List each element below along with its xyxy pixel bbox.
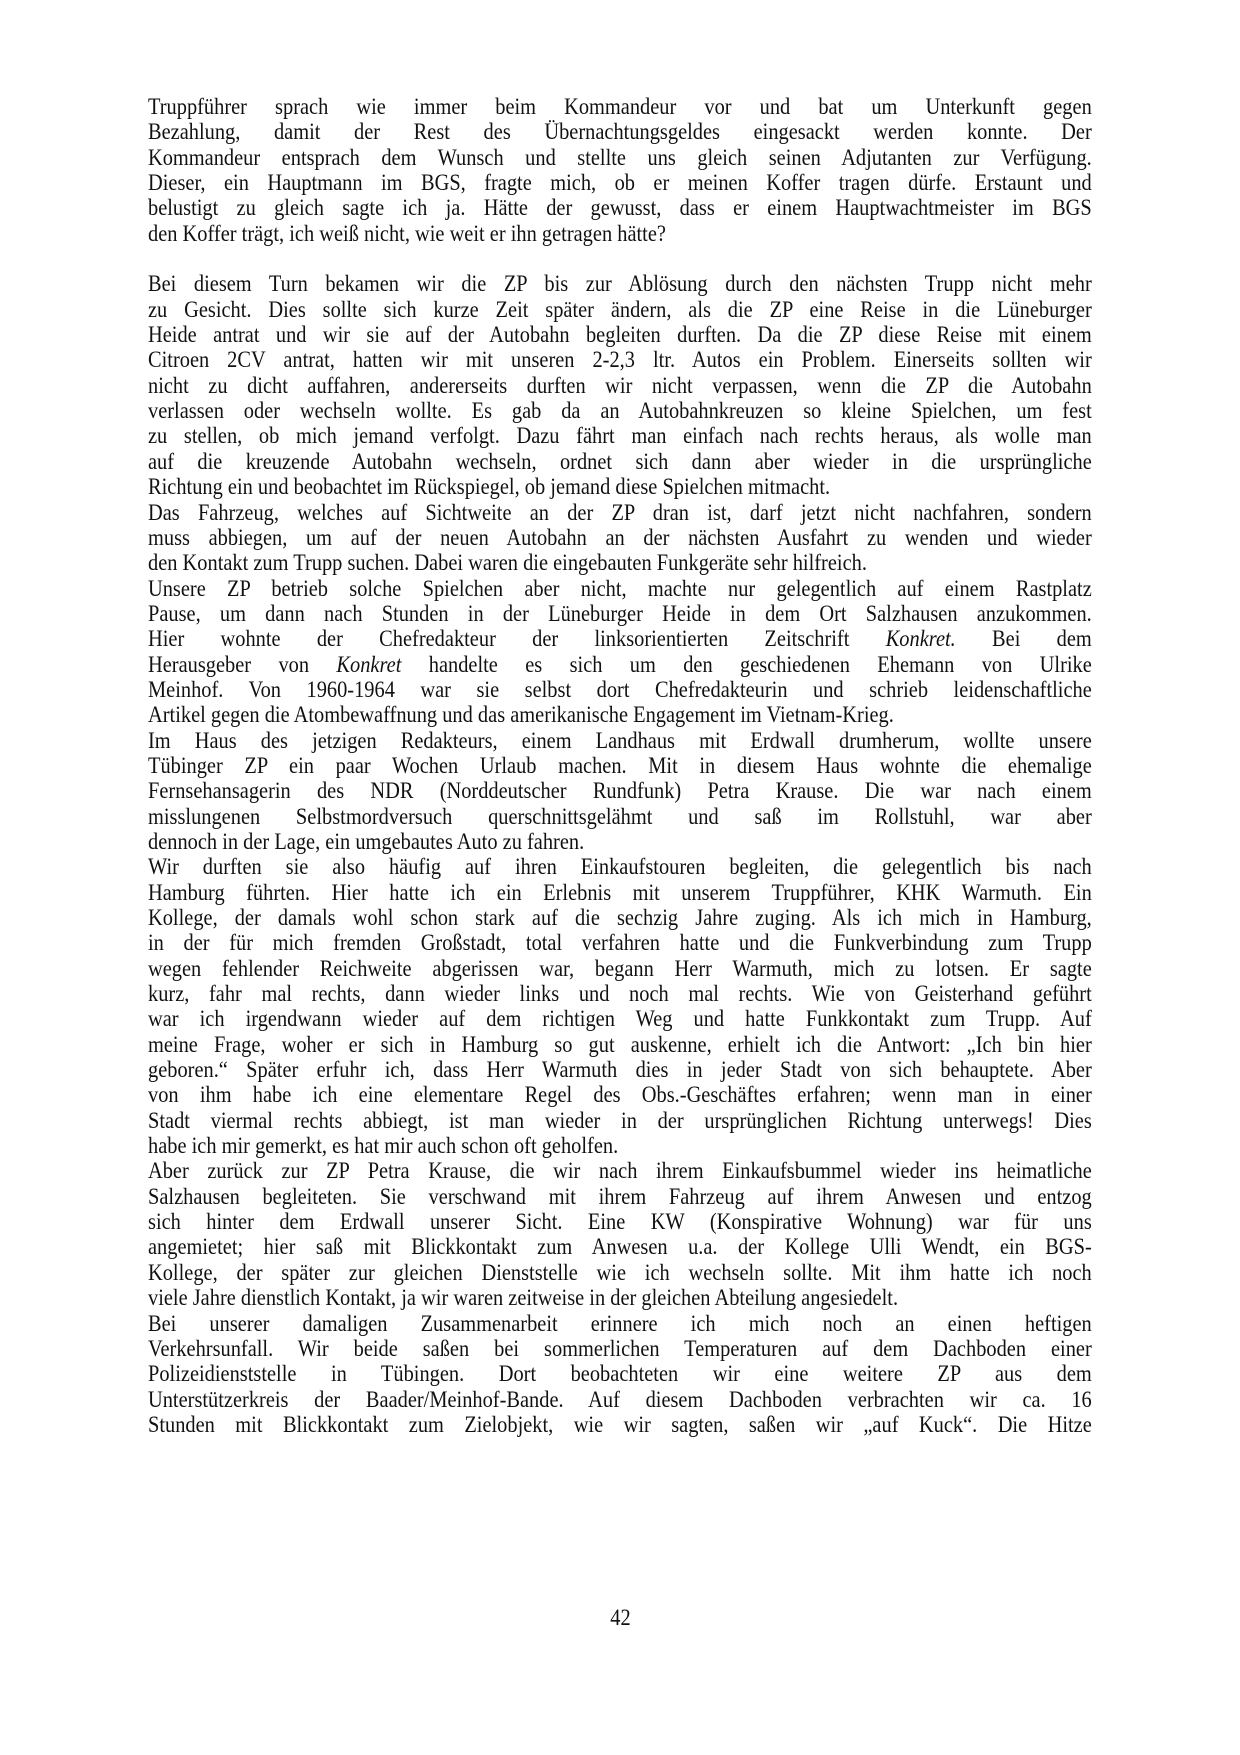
text-line: sich hinter dem Erdwall unserer Sicht. E… [148, 1209, 1092, 1234]
text-line: wegen fehlender Reichweite abgerissen wa… [148, 956, 1092, 981]
text-line: dennoch in der Lage, ein umgebautes Auto… [148, 829, 1092, 854]
text-line: misslungenen Selbstmordversuch querschni… [148, 804, 1092, 829]
text-line: Aber zurück zur ZP Petra Krause, die wir… [148, 1158, 1092, 1183]
text-segment: Bei dem [992, 626, 1092, 651]
text-line: Bei unserer damaligen Zusammenarbeit eri… [148, 1311, 1092, 1336]
text-line: in der für mich fremden Großstadt, total… [148, 930, 1092, 955]
text-line: Polizeidienststelle in Tübingen. Dort be… [148, 1361, 1092, 1386]
text-segment: handelte es sich um den geschiedenen Ehe… [429, 652, 1092, 677]
text-line: Bei diesem Turn bekamen wir die ZP bis z… [148, 271, 1092, 296]
text-line: war ich irgendwann wieder auf dem richti… [148, 1006, 1092, 1031]
text-line: nicht zu dicht auffahren, andererseits d… [148, 373, 1092, 398]
text-segment: Hier wohnte der Chefredakteur der linkso… [148, 626, 849, 651]
text-line: geboren.“ Später erfuhr ich, dass Herr W… [148, 1057, 1092, 1082]
text-line: belustigt zu gleich sagte ich ja. Hätte … [148, 195, 1092, 220]
text-line: Kommandeur entsprach dem Wunsch und stel… [148, 145, 1092, 170]
text-line: Unterstützerkreis der Baader/Meinhof-Ban… [148, 1387, 1092, 1412]
body-text: Truppführer sprach wie immer beim Komman… [148, 94, 1092, 1437]
text-line: Pause, um dann nach Stunden in der Lüneb… [148, 601, 1092, 626]
document-page: Truppführer sprach wie immer beim Komman… [0, 0, 1240, 1755]
text-line: Richtung ein und beobachtet im Rückspieg… [148, 474, 1092, 499]
text-line: von ihm habe ich eine elementare Regel d… [148, 1082, 1092, 1107]
text-line: Unsere ZP betrieb solche Spielchen aber … [148, 576, 1092, 601]
text-line: zu stellen, ob mich jemand verfolgt. Daz… [148, 423, 1092, 448]
text-line: Salzhausen begleiteten. Sie verschwand m… [148, 1184, 1092, 1209]
paragraph-1: Truppführer sprach wie immer beim Komman… [148, 94, 1092, 246]
paragraph-8: Bei unserer damaligen Zusammenarbeit eri… [148, 1311, 1092, 1438]
paragraph-7: Aber zurück zur ZP Petra Krause, die wir… [148, 1158, 1092, 1310]
text-line: Kollege, der damals wohl schon stark auf… [148, 905, 1092, 930]
text-line: Im Haus des jetzigen Redakteurs, einem L… [148, 728, 1092, 753]
text-line: Dieser, ein Hauptmann im BGS, fragte mic… [148, 170, 1092, 195]
text-line: meine Frage, woher er sich in Hamburg so… [148, 1032, 1092, 1057]
page-number: 42 [0, 1605, 1240, 1631]
text-segment: Herausgeber von [148, 652, 309, 677]
paragraph-2: Bei diesem Turn bekamen wir die ZP bis z… [148, 271, 1092, 499]
magazine-title-konkret: Konkret. [886, 626, 956, 651]
text-line: Artikel gegen die Atombewaffnung und das… [148, 702, 1092, 727]
paragraph-6: Wir durften sie also häufig auf ihren Ei… [148, 854, 1092, 1158]
text-line: viele Jahre dienstlich Kontakt, ja wir w… [148, 1285, 1092, 1310]
text-line: Bezahlung, damit der Rest des Übernachtu… [148, 119, 1092, 144]
text-line: den Kontakt zum Trupp suchen. Dabei ware… [148, 550, 1092, 575]
text-line: zu Gesicht. Dies sollte sich kurze Zeit … [148, 297, 1092, 322]
text-line: den Koffer trägt, ich weiß nicht, wie we… [148, 221, 1092, 246]
paragraph-spacer [148, 246, 1092, 271]
text-line: Meinhof. Von 1960-1964 war sie selbst do… [148, 677, 1092, 702]
text-line: verlassen oder wechseln wollte. Es gab d… [148, 398, 1092, 423]
text-line: Hamburg führten. Hier hatte ich ein Erle… [148, 880, 1092, 905]
text-line: Wir durften sie also häufig auf ihren Ei… [148, 854, 1092, 879]
text-line: Kollege, der später zur gleichen Diensts… [148, 1260, 1092, 1285]
text-line: Tübinger ZP ein paar Wochen Urlaub mache… [148, 753, 1092, 778]
text-line: angemietet; hier saß mit Blickkontakt zu… [148, 1234, 1092, 1259]
text-line: Heide antrat und wir sie auf der Autobah… [148, 322, 1092, 347]
text-line: Citroen 2CV antrat, hatten wir mit unser… [148, 347, 1092, 372]
text-line: auf die kreuzende Autobahn wechseln, ord… [148, 449, 1092, 474]
magazine-title-konkret: Konkret [336, 652, 401, 677]
paragraph-4: Unsere ZP betrieb solche Spielchen aber … [148, 576, 1092, 728]
text-line: Stunden mit Blickkontakt zum Zielobjekt,… [148, 1412, 1092, 1437]
text-line: Stadt viermal rechts abbiegt, ist man wi… [148, 1108, 1092, 1133]
paragraph-5: Im Haus des jetzigen Redakteurs, einem L… [148, 728, 1092, 855]
text-line: Herausgeber von Konkret handelte es sich… [148, 652, 1092, 677]
text-line: habe ich mir gemerkt, es hat mir auch sc… [148, 1133, 1092, 1158]
text-line: Das Fahrzeug, welches auf Sichtweite an … [148, 500, 1092, 525]
text-line: kurz, fahr mal rechts, dann wieder links… [148, 981, 1092, 1006]
paragraph-3: Das Fahrzeug, welches auf Sichtweite an … [148, 500, 1092, 576]
text-line: muss abbiegen, um auf der neuen Autobahn… [148, 525, 1092, 550]
text-line: Truppführer sprach wie immer beim Komman… [148, 94, 1092, 119]
text-line: Verkehrsunfall. Wir beide saßen bei somm… [148, 1336, 1092, 1361]
text-line: Fernsehansagerin des NDR (Norddeutscher … [148, 778, 1092, 803]
text-line: Hier wohnte der Chefredakteur der linkso… [148, 626, 1092, 651]
